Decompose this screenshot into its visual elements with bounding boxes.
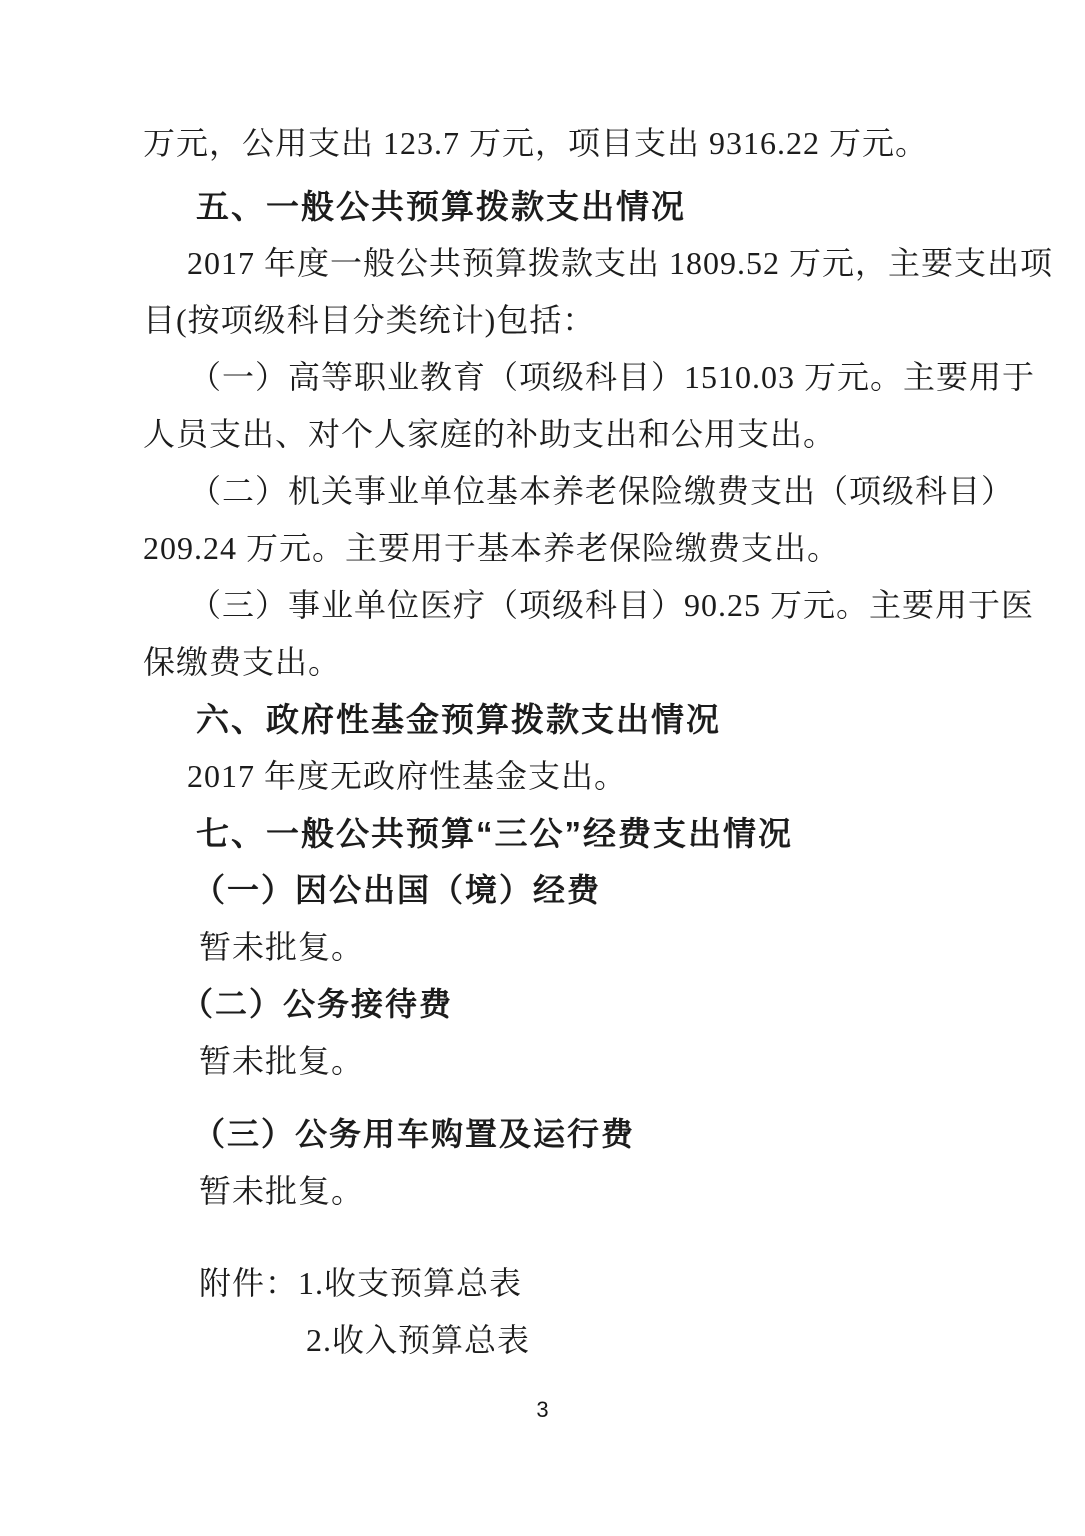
attachment-line: 附件：1.收支预算总表 <box>143 1255 945 1312</box>
paragraph-line: （一）高等职业教育（项级科目）1510.03 万元。主要用于 <box>143 349 945 406</box>
paragraph-line: （二）机关事业单位基本养老保险缴费支出（项级科目） <box>143 463 945 520</box>
document-page: 万元，公用支出 123.7 万元，项目支出 9316.22 万元。五、一般公共预… <box>0 0 1085 1536</box>
subsection-heading: （二）公务接待费 <box>143 976 945 1033</box>
paragraph-line: 万元，公用支出 123.7 万元，项目支出 9316.22 万元。 <box>143 115 945 172</box>
paragraph-line: 暂未批复。 <box>143 1163 945 1220</box>
section-heading: 七、一般公共预算“三公”经费支出情况 <box>143 805 945 862</box>
subsection-heading: （一）因公出国（境）经费 <box>143 862 945 919</box>
paragraph-line: 2017 年度无政府性基金支出。 <box>143 748 945 805</box>
paragraph-line: （三）事业单位医疗（项级科目）90.25 万元。主要用于医 <box>143 577 945 634</box>
section-heading: 六、政府性基金预算拨款支出情况 <box>143 691 945 748</box>
subsection-heading: （三）公务用车购置及运行费 <box>143 1106 945 1163</box>
paragraph-line: 暂未批复。 <box>143 919 945 976</box>
paragraph-line: 209.24 万元。主要用于基本养老保险缴费支出。 <box>143 520 945 577</box>
paragraph-line: 暂未批复。 <box>143 1033 945 1090</box>
section-heading: 五、一般公共预算拨款支出情况 <box>143 178 945 235</box>
paragraph-line: 2017 年度一般公共预算拨款支出 1809.52 万元，主要支出项 <box>143 235 945 292</box>
paragraph-line: 人员支出、对个人家庭的补助支出和公用支出。 <box>143 406 945 463</box>
page-number: 3 <box>0 1396 1085 1424</box>
paragraph-line: 目(按项级科目分类统计)包括： <box>143 292 945 349</box>
paragraph-line: 保缴费支出。 <box>143 634 945 691</box>
document-body: 万元，公用支出 123.7 万元，项目支出 9316.22 万元。五、一般公共预… <box>143 115 945 1369</box>
attachment-line: 2.收入预算总表 <box>143 1312 945 1369</box>
